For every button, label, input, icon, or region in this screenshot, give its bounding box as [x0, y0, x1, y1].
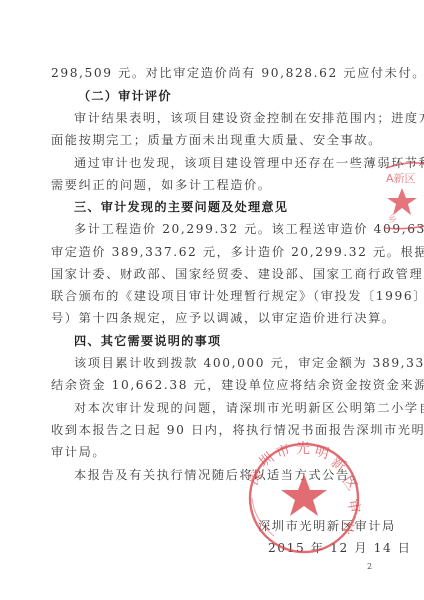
svg-text:明: 明 — [313, 443, 331, 462]
signature-organization: 深圳市光明新区审计局 — [258, 517, 396, 534]
paragraph-line: 需要纠正的问题，如多计工程造价。 — [51, 178, 272, 192]
page-number: 2 — [367, 562, 372, 571]
svg-text:光: 光 — [296, 440, 310, 457]
paragraph-line: 面能按期完工；质量方面未出现重大质量、安全事故。 — [51, 133, 382, 147]
paragraph-line: 多计工程造价 20,299.32 元。该工程送审造价 409,636.94 元， — [74, 222, 424, 236]
paragraph-line: 该项目累计收到拨款 400,000 元，审定金额为 389,337.62 元， — [74, 356, 424, 370]
svg-text:市: 市 — [274, 442, 293, 462]
paragraph-line: 298,509 元。对比审定造价尚有 90,828.62 元应付未付。 — [51, 66, 424, 80]
paragraph-line: 审定造价 389,337.62 元，多计造价 20,299.32 元。根据审计署… — [51, 245, 424, 259]
svg-text:审: 审 — [344, 498, 363, 515]
paragraph-line: 号）第十四条规定，应予以调减，以审定造价进行决算。 — [51, 311, 396, 325]
section-heading-other-matters: 四、其它需要说明的事项 — [74, 334, 221, 348]
paragraph-line: 通过审计也发现，该项目建设管理中还存在一些薄弱环节和 — [74, 156, 424, 170]
paragraph-line: 联合颁布的《建设项目审计处理暂行规定》（审投发〔1996〕105 — [51, 289, 424, 303]
paragraph-line: 结余资金 10,662.38 元，建设单位应将结余资金按资金来源返还。 — [51, 378, 424, 392]
seal-stamp-partial-icon: A新区 乡 — [380, 160, 424, 230]
paragraph-line: 审计局。 — [51, 445, 106, 459]
paragraph-line: 收到本报告之日起 90 日内，将执行情况书面报告深圳市光明新区 — [51, 423, 424, 437]
svg-text:A新区: A新区 — [386, 172, 416, 185]
paragraph-line: 审计结果表明，该项目建设资金控制在安排范围内；进度方 — [74, 111, 424, 125]
paragraph-line: 国家计委、财政部、国家经贸委、建设部、国家工商行政管理局 — [51, 267, 424, 281]
signature-date: 2015 年 12 月 14 日 — [268, 539, 412, 556]
paragraph-line: 对本次审计发现的问题，请深圳市光明新区公明第二小学自 — [74, 401, 424, 415]
section-heading-main-issues: 三、审计发现的主要问题及处理意见 — [74, 200, 288, 214]
section-heading-audit-evaluation: （二）审计评价 — [78, 89, 172, 103]
paragraph-line: 本报告及有关执行情况随后将以适当方式公告。 — [74, 468, 364, 482]
